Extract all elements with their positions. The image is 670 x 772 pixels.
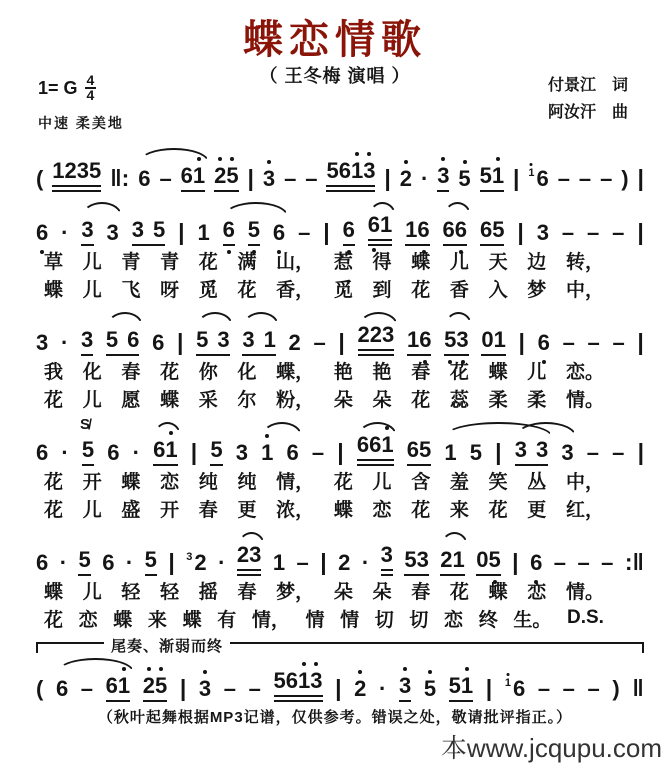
- lyric-syllable: 飞: [121, 275, 140, 302]
- lyric-syllable: 香，: [276, 275, 314, 302]
- note-group: 65: [480, 217, 505, 246]
- lyric-syllable: 尔: [237, 385, 256, 412]
- lyric-syllable: 春: [411, 357, 430, 384]
- lyric-syllable: 转，: [566, 247, 604, 274]
- note-group: 61: [181, 163, 206, 192]
- slur-arc: [444, 202, 471, 216]
- lyric-syllable: 采: [199, 385, 218, 412]
- lyric-syllable: 柔: [489, 385, 508, 412]
- lyric-syllable: 蝶: [489, 357, 508, 384]
- lyrics-row: 花恋蝶来蝶有情，情情切切恋终生。D.S.: [36, 604, 644, 632]
- note-group: 56: [106, 327, 140, 356]
- lyric-syllable: 梦，: [276, 577, 314, 604]
- grace-note: 1: [505, 677, 511, 689]
- note-group: 6: [273, 220, 285, 246]
- barline: |: [191, 439, 197, 466]
- lyric-syllable: 边: [527, 247, 546, 274]
- key-signature: 1= G 4 4: [38, 74, 96, 102]
- note-group: 3: [236, 440, 248, 466]
- lyric-syllable: 春: [411, 577, 430, 604]
- sheet-music-page: 蝶恋情歌 （ 王冬梅 演唱 ） 1= G 4 4 中速 柔美地 付景江 词 阿汝…: [0, 0, 670, 772]
- lyric-syllable: 中，: [566, 467, 604, 494]
- note-group: 6: [138, 166, 150, 192]
- composer-credit: 阿汝汗 曲: [548, 99, 628, 126]
- dash: –: [81, 676, 93, 702]
- slur-arc: [516, 422, 576, 436]
- barline: |: [519, 329, 525, 356]
- dash: –: [601, 550, 613, 576]
- note-group: 16: [505, 676, 525, 702]
- dash: –: [612, 220, 624, 246]
- note-group: 5: [424, 676, 436, 702]
- barline: |: [637, 329, 643, 356]
- dash: –: [588, 330, 600, 356]
- lyrics-row: 我化春花你化蝶，艳艳春花蝶儿恋。: [36, 356, 644, 384]
- barline: |: [513, 165, 519, 192]
- lyric-syllable: 青: [160, 247, 179, 274]
- lyric-syllable: 儿: [83, 495, 102, 522]
- note-group: 5613: [274, 668, 323, 702]
- dash: –: [554, 550, 566, 576]
- lyric-syllable: 摇: [199, 577, 218, 604]
- notation-line: 3·3566|53312–|223165301|6–––|: [36, 312, 644, 356]
- lyric-syllable: 艳: [373, 357, 392, 384]
- note-group: 3: [437, 163, 449, 192]
- lyric-syllable: 轻: [121, 577, 140, 604]
- note-group: 33: [515, 437, 549, 466]
- lyric-syllable: 蝶，: [276, 357, 314, 384]
- dot: ·: [61, 440, 68, 466]
- barline: |: [335, 675, 341, 702]
- dash: –: [562, 220, 574, 246]
- lyric-syllable: 儿: [83, 577, 102, 604]
- dash: –: [538, 676, 550, 702]
- lyric-syllable: 花: [450, 357, 469, 384]
- lyric-syllable: 化: [237, 357, 256, 384]
- note-group: 5613: [326, 158, 375, 192]
- paren: (: [36, 166, 43, 192]
- dash: –: [284, 166, 296, 192]
- coda-bracket: 尾奏、渐弱而终: [36, 642, 644, 656]
- lyric-syllable: 情，: [276, 467, 314, 494]
- note-group: 5: [78, 547, 90, 576]
- lyric-syllable: 到: [373, 275, 392, 302]
- lyric-syllable: 情，: [252, 605, 290, 632]
- barline: |: [384, 165, 390, 192]
- note-group: 3: [36, 330, 48, 356]
- lyric-syllable: 轻: [160, 577, 179, 604]
- note-group: 3: [81, 217, 93, 246]
- lyric-syllable: 更: [237, 495, 256, 522]
- note-group: 25: [143, 673, 168, 702]
- lyric-syllable: 恋: [79, 605, 98, 632]
- note-group: 5: [470, 440, 482, 466]
- lyric-syllable: 情。: [566, 385, 604, 412]
- note-group: 05: [476, 547, 501, 576]
- notation-line: 6·3335|1656–|661166665|3–––|: [36, 202, 644, 246]
- note-group: 6: [36, 550, 48, 576]
- lyrics-row: 花开蝶恋纯纯情，花儿含羞笑丛中，: [36, 466, 644, 494]
- lyric-syllable: 情: [340, 605, 359, 632]
- note-group: 16: [528, 166, 548, 192]
- dash: –: [587, 440, 599, 466]
- note-group: 2: [354, 676, 366, 702]
- lyric-syllable: 你: [199, 357, 218, 384]
- lyric-syllable: 花: [489, 495, 508, 522]
- dot: ·: [421, 166, 428, 192]
- lyric-syllable: 粉，: [276, 385, 314, 412]
- score-area: (1235‖:6–6125|3––5613|2·3551|16–––)|6·33…: [36, 148, 644, 712]
- time-signature-denominator: 4: [85, 89, 97, 102]
- note-group: 25: [214, 163, 239, 192]
- score-line-group: 6·56·5|32·231–|2·3532105|6–––:‖蝶儿轻轻摇春梦，朵…: [36, 532, 644, 632]
- final-barline: ‖: [632, 675, 643, 702]
- paren: ): [612, 676, 619, 702]
- barline: |: [638, 439, 644, 466]
- lyric-syllable: 来: [450, 495, 469, 522]
- lyric-syllable: 羞: [450, 467, 469, 494]
- slur-arc: [243, 312, 279, 326]
- lyric-syllable: 儿: [83, 247, 102, 274]
- notation-line: S̸6·56·61|5316–|6616515|333––|: [36, 422, 644, 466]
- grace-note: 1: [528, 167, 534, 179]
- lyric-syllable: 纯: [237, 467, 256, 494]
- note-group: 53: [404, 547, 429, 576]
- note-group: 61: [153, 437, 178, 466]
- note-group: 2: [400, 166, 412, 192]
- dash: –: [297, 550, 309, 576]
- lyric-syllable: 红，: [566, 495, 604, 522]
- dash: –: [305, 166, 317, 192]
- lyric-syllable: 情: [305, 605, 324, 632]
- barline: |: [177, 329, 183, 356]
- lyric-syllable: 开: [83, 467, 102, 494]
- slur-arc: [197, 312, 233, 326]
- note-group: 6: [36, 220, 48, 246]
- lyric-syllable: 开: [160, 495, 179, 522]
- note-group: 3: [537, 220, 549, 246]
- note-group: 01: [481, 327, 506, 356]
- note-group: 21: [440, 547, 465, 576]
- dash: –: [224, 676, 236, 702]
- note-group: 223: [358, 322, 395, 356]
- note-group: 2: [338, 550, 350, 576]
- lyric-syllable: 有: [217, 605, 236, 632]
- note-group: 661: [357, 432, 394, 466]
- slur-arc: [154, 422, 181, 436]
- slur-arc: [441, 532, 468, 546]
- lyric-syllable: 蝶: [44, 275, 63, 302]
- dash: –: [298, 220, 310, 246]
- credits-block: 付景江 词 阿汝汗 曲: [548, 72, 628, 126]
- tempo-marking: 中速 柔美地: [38, 113, 124, 133]
- note-group: 6: [538, 330, 550, 356]
- note-group: 6: [36, 440, 48, 466]
- bracket-tick: [642, 642, 644, 653]
- dot: ·: [133, 440, 140, 466]
- barline: |: [486, 675, 492, 702]
- notation-line: (1235‖:6–6125|3––5613|2·3551|16–––)|: [36, 148, 644, 192]
- lyrics-row: 花儿盛开春更浓，蝶恋花来花更红，: [36, 494, 644, 522]
- note-group: 3: [81, 327, 93, 356]
- lyric-syllable: 我: [44, 357, 63, 384]
- note-group: 5: [458, 166, 470, 192]
- dot: ·: [61, 220, 68, 246]
- lyric-syllable: 花: [411, 385, 430, 412]
- lyric-syllable: 草: [44, 247, 63, 274]
- lyric-syllable: 情。: [566, 577, 604, 604]
- lyric-syllable: 朵: [334, 577, 353, 604]
- score-line-group: (1235‖:6–6125|3––5613|2·3551|16–––)|: [36, 148, 644, 192]
- lyric-syllable: 朵: [373, 577, 392, 604]
- note-group: 1235: [52, 158, 101, 192]
- dot: ·: [379, 676, 386, 702]
- barline: |: [338, 329, 344, 356]
- lyric-syllable: 花: [237, 275, 256, 302]
- note-group: 32: [186, 550, 206, 576]
- lyric-syllable: 天: [489, 247, 508, 274]
- barline: |: [323, 219, 329, 246]
- note-group: 35: [132, 217, 166, 246]
- dash: –: [612, 330, 624, 356]
- lyric-syllable: 切: [375, 605, 394, 632]
- barline: |: [168, 549, 174, 576]
- note-group: 16: [407, 327, 432, 356]
- note-group: 3: [399, 673, 411, 702]
- dash: –: [249, 676, 261, 702]
- lyrics-row: 蝶儿轻轻摇春梦，朵朵春花蝶恋情。: [36, 576, 644, 604]
- dot: ·: [60, 550, 67, 576]
- lyric-syllable: 浓，: [276, 495, 314, 522]
- lyric-syllable: 春: [121, 357, 140, 384]
- dot: ·: [218, 550, 225, 576]
- lyric-syllable: 恋: [373, 495, 392, 522]
- note-group: 1: [197, 220, 209, 246]
- lyric-syllable: 笑: [489, 467, 508, 494]
- score-line-group: 3·3566|53312–|223165301|6–––|我化春花你化蝶，艳艳春…: [36, 312, 644, 412]
- lyric-syllable: 生。: [513, 605, 551, 632]
- lyric-syllable: 蕊: [450, 385, 469, 412]
- barline: |: [320, 549, 326, 576]
- barline: |: [495, 439, 501, 466]
- barline: |: [337, 439, 343, 466]
- note-group: 31: [242, 327, 276, 356]
- slur-arc: [445, 312, 472, 326]
- lyric-syllable: 花: [44, 495, 63, 522]
- note-group: 6: [223, 217, 235, 246]
- lyric-syllable: 蝶: [489, 577, 508, 604]
- barline: |: [178, 219, 184, 246]
- note-group: 1: [273, 550, 285, 576]
- lyric-syllable: 花: [334, 467, 353, 494]
- note-group: 6: [152, 330, 164, 356]
- lyric-syllable: 恋: [160, 467, 179, 494]
- note-group: 6: [56, 676, 68, 702]
- lyric-syllable: 蝶: [160, 385, 179, 412]
- lyric-syllable: 觅: [334, 275, 353, 302]
- dash: –: [579, 166, 591, 192]
- lyric-syllable: 含: [411, 467, 430, 494]
- note-group: 5: [82, 437, 94, 466]
- dot: ·: [126, 550, 133, 576]
- dash: –: [588, 676, 600, 702]
- barline: |: [512, 549, 518, 576]
- note-group: 6: [343, 217, 355, 246]
- lyric-syllable: 来: [148, 605, 167, 632]
- transcriber-note: （秋叶起舞根据MP3记谱，仅供参考。错误之处，敬请批评指正。）: [0, 706, 670, 727]
- dash: –: [563, 676, 575, 702]
- site-watermark: 本www.jcqupu.com: [441, 728, 662, 765]
- note-group: 23: [237, 542, 262, 576]
- note-group: 16: [405, 217, 430, 246]
- note-group: 3: [199, 676, 211, 702]
- slur-arc: [445, 422, 552, 436]
- dot: ·: [362, 550, 369, 576]
- grace-note: 3: [186, 551, 192, 563]
- lyric-syllable: 山，: [276, 247, 314, 274]
- lyric-syllable: 切: [409, 605, 428, 632]
- lyric-syllable: 青: [121, 247, 140, 274]
- barline: |: [517, 219, 523, 246]
- lyric-syllable: 艳: [334, 357, 353, 384]
- note-group: 1: [261, 440, 273, 466]
- lyric-syllable: 愿: [121, 385, 140, 412]
- notation-line: (6–6125|3––5613|2·3551|16–––)‖: [36, 658, 644, 702]
- note-group: 3: [561, 440, 573, 466]
- dash: –: [600, 166, 612, 192]
- note-group: 1: [444, 440, 456, 466]
- note-group: 61: [106, 673, 131, 702]
- barline: |: [180, 675, 186, 702]
- lyric-syllable: 儿: [373, 467, 392, 494]
- lyric-syllable: 花: [160, 357, 179, 384]
- note-group: 65: [407, 437, 432, 466]
- dash: –: [313, 330, 325, 356]
- slur-arc: [224, 202, 288, 216]
- slur-arc: [82, 202, 122, 216]
- dash: –: [159, 166, 171, 192]
- lyric-syllable: 觅: [199, 275, 218, 302]
- note-group: 5: [145, 547, 157, 576]
- note-group: 2: [289, 330, 301, 356]
- note-group: 5: [248, 217, 260, 246]
- repeat-start: ‖:: [110, 165, 129, 192]
- lyric-syllable: 花: [411, 275, 430, 302]
- lyric-syllable: 花: [199, 247, 218, 274]
- lyric-syllable: 朵: [373, 385, 392, 412]
- notation-line: 6·56·5|32·231–|2·3532105|6–––:‖: [36, 532, 644, 576]
- lyric-syllable: 蝶: [44, 577, 63, 604]
- score-line-group: S̸6·56·61|5316–|6616515|333––|花开蝶恋纯纯情，花儿…: [36, 422, 644, 522]
- lyric-syllable: 春: [199, 495, 218, 522]
- lyric-syllable: 更: [527, 495, 546, 522]
- note-group: 53: [196, 327, 230, 356]
- dash: –: [587, 220, 599, 246]
- lyric-syllable: 入: [489, 275, 508, 302]
- lyric-syllable: 花: [450, 577, 469, 604]
- dash: –: [312, 440, 324, 466]
- dash: –: [563, 330, 575, 356]
- lyric-syllable: 柔: [527, 385, 546, 412]
- dash: –: [612, 440, 624, 466]
- note-group: 53: [444, 327, 469, 356]
- note-group: 61: [368, 212, 393, 246]
- note-group: 6: [287, 440, 299, 466]
- lyric-syllable: 化: [83, 357, 102, 384]
- lyric-syllable: 终: [479, 605, 498, 632]
- slur-arc: [107, 312, 143, 326]
- note-group: 6: [107, 440, 119, 466]
- lyric-syllable: 香: [450, 275, 469, 302]
- dash: –: [558, 166, 570, 192]
- lyric-syllable: 蝶: [113, 605, 132, 632]
- lyric-syllable: 花: [44, 605, 63, 632]
- lyric-syllable: 春: [237, 577, 256, 604]
- lyric-syllable: 恋。: [566, 357, 604, 384]
- lyric-syllable: 儿: [83, 385, 102, 412]
- lyric-syllable: 盛: [121, 495, 140, 522]
- lyric-syllable: 蝶: [334, 495, 353, 522]
- paren: (: [36, 676, 43, 702]
- lyric-syllable: 恋: [444, 605, 463, 632]
- lyric-syllable: 蝶: [121, 467, 140, 494]
- repeat-end: :‖: [625, 549, 644, 576]
- lyrics-row: 草儿青青花满山，惹得蝶儿天边转，: [36, 246, 644, 274]
- time-signature: 4 4: [85, 74, 97, 102]
- lyric-syllable: 花: [44, 467, 63, 494]
- lyrics-row: 蝶儿飞呀觅花香，觅到花香入梦中，: [36, 274, 644, 302]
- segno-icon: S̸: [80, 416, 90, 433]
- note-group: 6: [530, 550, 542, 576]
- lyric-syllable: 丛: [527, 467, 546, 494]
- dash: –: [577, 550, 589, 576]
- note-group: 51: [480, 163, 505, 192]
- barline: |: [638, 165, 644, 192]
- lyric-syllable: 儿: [83, 275, 102, 302]
- lyric-syllable: 花: [411, 495, 430, 522]
- score-line-group: 6·3335|1656–|661166665|3–––|草儿青青花满山，惹得蝶儿…: [36, 202, 644, 302]
- lyricist-credit: 付景江 词: [548, 72, 628, 99]
- lyrics-row: 花儿愿蝶采尔粉，朵朵花蕊柔柔情。: [36, 384, 644, 412]
- note-group: 66: [443, 217, 468, 246]
- ds-marker: D.S.: [567, 607, 604, 629]
- coda-bracket-label: 尾奏、渐弱而终: [104, 635, 230, 656]
- note-group: 6: [102, 550, 114, 576]
- song-title: 蝶恋情歌: [0, 8, 670, 65]
- note-group: 3: [381, 542, 393, 576]
- lyric-syllable: 蝶: [183, 605, 202, 632]
- note-group: 51: [449, 673, 474, 702]
- note-group: 5: [210, 437, 222, 466]
- score-line-group: 尾奏、渐弱而终(6–6125|3––5613|2·3551|16–––)‖: [36, 642, 644, 702]
- barline: |: [248, 165, 254, 192]
- note-group: 3: [263, 166, 275, 192]
- lyric-syllable: 梦: [527, 275, 546, 302]
- barline: |: [637, 219, 643, 246]
- lyric-syllable: 呀: [160, 275, 179, 302]
- note-group: 3: [107, 220, 119, 246]
- paren: ): [621, 166, 628, 192]
- dot: ·: [61, 330, 68, 356]
- lyric-syllable: 纯: [199, 467, 218, 494]
- lyric-syllable: 朵: [334, 385, 353, 412]
- lyric-syllable: 中，: [566, 275, 604, 302]
- lyric-syllable: 花: [44, 385, 63, 412]
- key-text: 1= G: [38, 78, 78, 99]
